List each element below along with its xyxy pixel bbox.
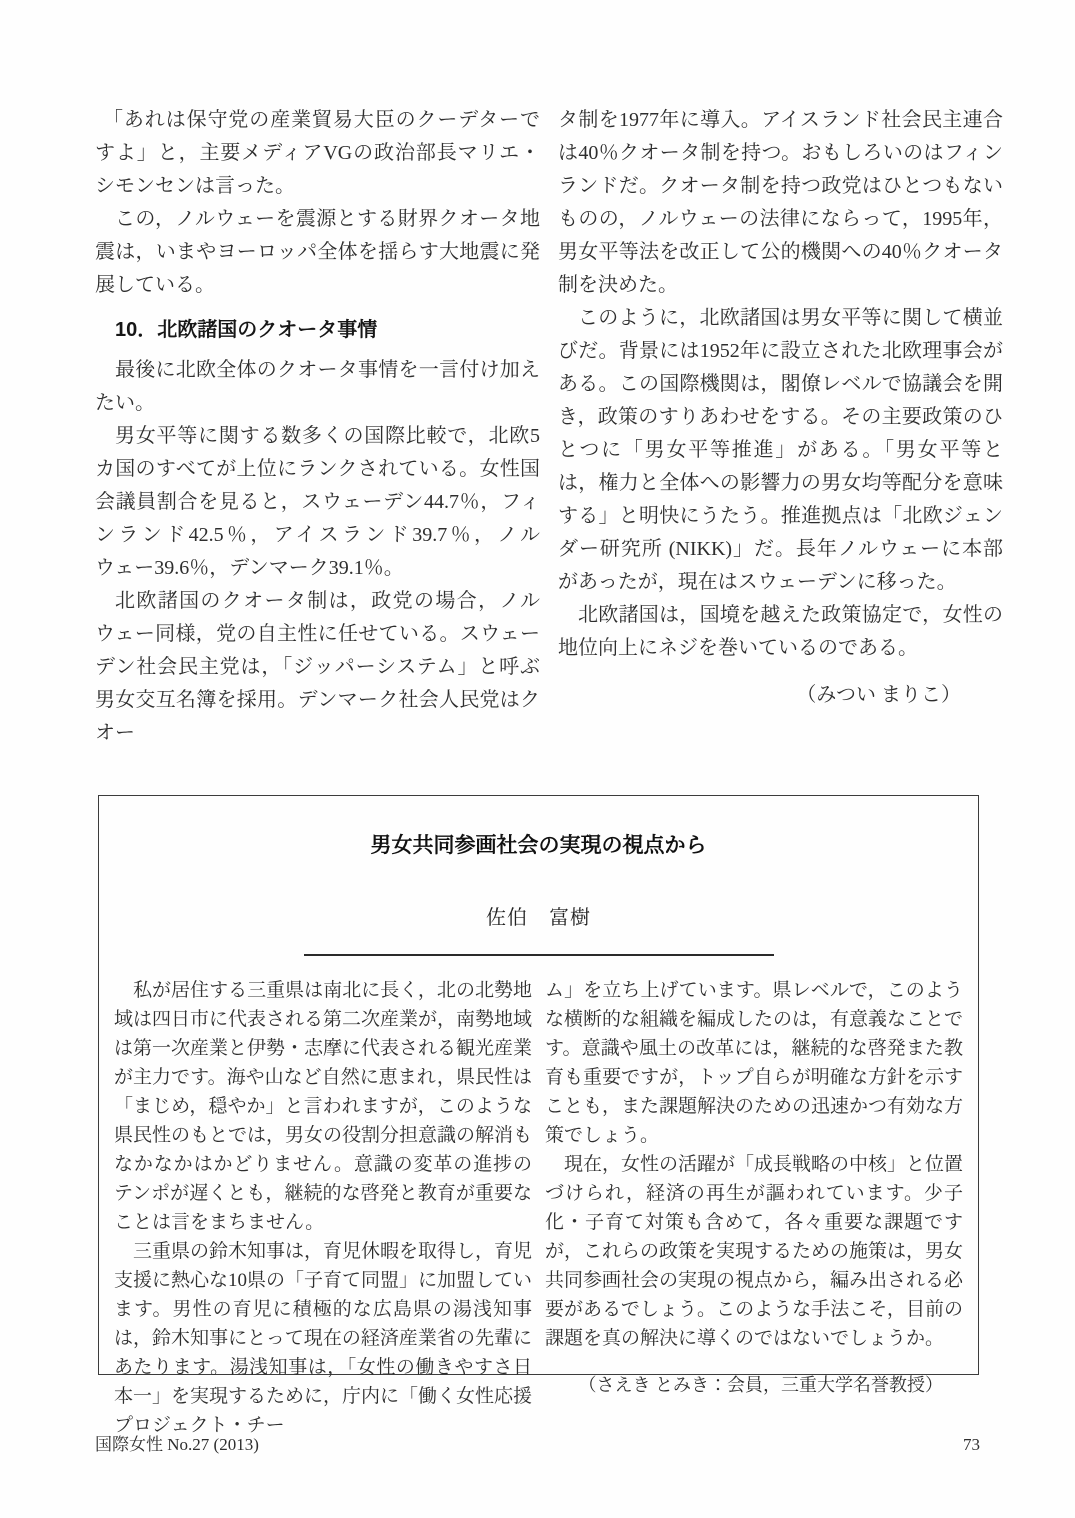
boxed-article-title: 男女共同参画社会の実現の視点から [99, 829, 978, 859]
paragraph: この，ノルウェーを震源とする財界クオータ地震は，いまやヨーロッパ全体を揺らす大地… [95, 203, 540, 302]
main-article: 「あれは保守党の産業貿易大臣のクーデターですよ」と，主要メディアVGの政治部長マ… [95, 104, 1003, 750]
journal-page: 「あれは保守党の産業貿易大臣のクーデターですよ」と，主要メディアVGの政治部長マ… [0, 0, 1075, 1518]
author-signature: （みつい まりこ） [558, 679, 1003, 712]
paragraph: 私が居住する三重県は南北に長く，北の北勢地域は四日市に代表される第二次産業が，南… [114, 976, 532, 1237]
paragraph: このように，北欧諸国は男女平等に関して横並びだ。背景には1952年に設立された北… [558, 302, 1003, 599]
paragraph: 北欧諸国のクオータ制は，政党の場合，ノルウェー同様，党の自主性に任せている。スウ… [95, 585, 540, 750]
page-footer: 国際女性 No.27 (2013) 73 [95, 1430, 980, 1455]
boxed-article-body: 私が居住する三重県は南北に長く，北の北勢地域は四日市に代表される第二次産業が，南… [99, 956, 978, 1440]
footer-journal-title: 国際女性 No.27 (2013) [95, 1430, 259, 1455]
section-heading: 10．北欧諸国のクオータ事情 [95, 314, 540, 347]
box-right-column: ム」を立ち上げています。県レベルで，このような横断的な組織を編成したのは，有意義… [545, 976, 963, 1440]
box-left-column: 私が居住する三重県は南北に長く，北の北勢地域は四日市に代表される第二次産業が，南… [114, 976, 532, 1440]
boxed-article-author: 佐伯 富樹 [99, 901, 978, 930]
main-left-column: 「あれは保守党の産業貿易大臣のクーデターですよ」と，主要メディアVGの政治部長マ… [95, 104, 540, 750]
paragraph: 男女平等に関する数多くの国際比較で，北欧5カ国のすべてが上位にランクされている。… [95, 420, 540, 585]
paragraph-continuation: タ制を1977年に導入。アイスランド社会民主連合は40％クオータ制を持つ。おもし… [558, 104, 1003, 302]
paragraph: 現在，女性の活躍が「成長戦略の中核」と位置づけられ，経済の再生が謳われています。… [545, 1150, 963, 1353]
paragraph: 最後に北欧全体のクオータ事情を一言付け加えたい。 [95, 354, 540, 420]
paragraph: 「あれは保守党の産業貿易大臣のクーデターですよ」と，主要メディアVGの政治部長マ… [95, 104, 540, 203]
paragraph-continuation: ム」を立ち上げています。県レベルで，このような横断的な組織を編成したのは，有意義… [545, 976, 963, 1150]
main-right-column: タ制を1977年に導入。アイスランド社会民主連合は40％クオータ制を持つ。おもし… [558, 104, 1003, 750]
boxed-article: 男女共同参画社会の実現の視点から 佐伯 富樹 私が居住する三重県は南北に長く，北… [98, 795, 979, 1375]
footer-page-number: 73 [963, 1435, 980, 1455]
paragraph: 北欧諸国は，国境を越えた政策協定で，女性の地位向上にネジを巻いているのである。 [558, 599, 1003, 665]
author-signature: （さえき とみき：会員，三重大学名誉教授） [545, 1371, 963, 1400]
paragraph: 三重県の鈴木知事は，育児休暇を取得し，育児支援に熱心な10県の「子育て同盟」に加… [114, 1237, 532, 1440]
